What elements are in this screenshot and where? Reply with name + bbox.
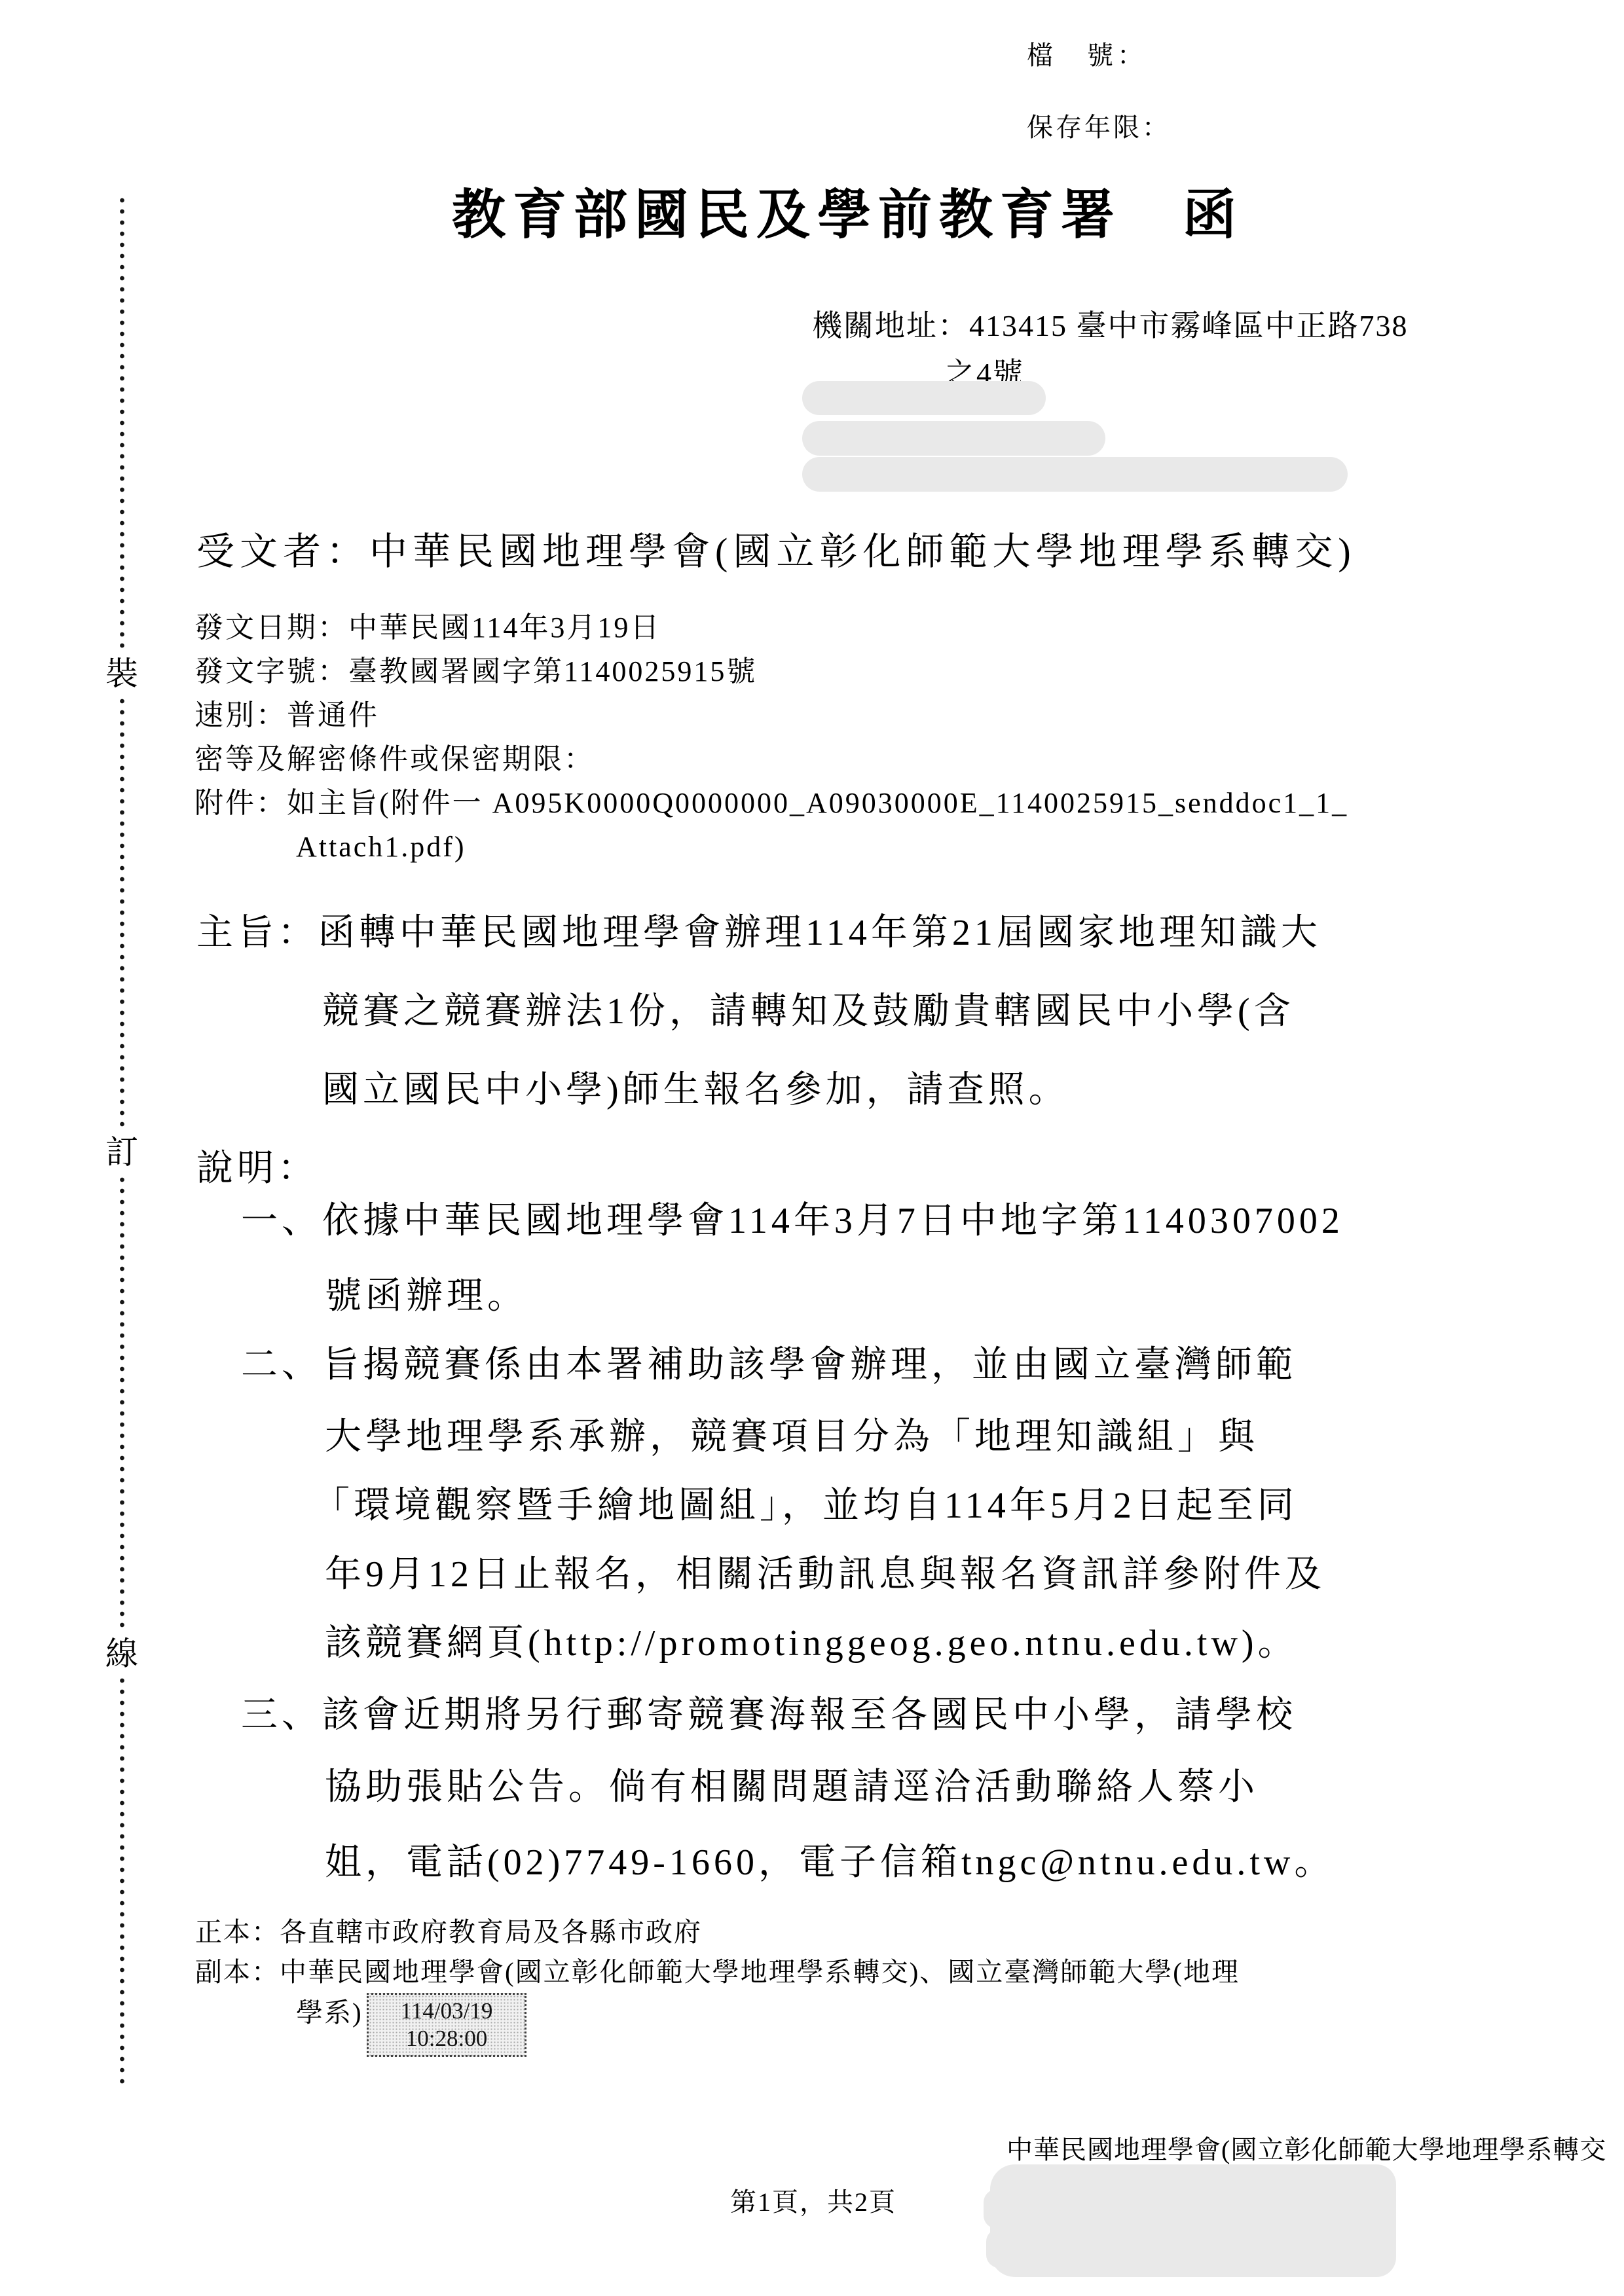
explanation-heading: 說明： [196, 1148, 318, 1190]
cc-copy-line-1: 副本：中華民國地理學會(國立彰化師範大學地理學系轉交)、國立臺灣師範大學(地理 [195, 1957, 1240, 1988]
binding-mark-xian: 線 [103, 1631, 140, 1677]
recipient-line: 受文者：中華民國地理學會(國立彰化師範大學地理學系轉交) [196, 530, 1356, 574]
subject-line-1: 主旨：函轉中華民國地理學會辦理114年第21屆國家地理知識大 [196, 912, 1321, 954]
redacted-text-block [802, 381, 1046, 415]
item-3-line-2: 協助張貼公告。倘有相關問題請逕洽活動聯絡人蔡小 [325, 1766, 1259, 1808]
redacted-footer-block [990, 2164, 1396, 2277]
binding-mark-ding: 訂 [103, 1130, 140, 1176]
doc-number-line: 發文字號：臺教國署國字第1140025915號 [194, 655, 757, 689]
cc-copy-line-2: 學系) [296, 1997, 363, 2028]
stamp-time: 10:28:00 [406, 2025, 487, 2052]
redacted-text-block [802, 457, 1348, 492]
document-title: 教育部國民及學前教育署 函 [452, 185, 1244, 246]
agency-address-line-1: 機關地址：413415 臺中市霧峰區中正路738 [812, 309, 1409, 344]
retention-period-label: 保存年限： [1027, 113, 1171, 143]
redacted-text-block [802, 421, 1105, 456]
item-2-line-2: 大學地理學系承辦，競賽項目分為「地理知識組」與 [325, 1416, 1259, 1458]
subject-line-3: 國立國民中小學)師生報名參加，請查照。 [322, 1069, 1069, 1111]
issue-date-line: 發文日期：中華民國114年3月19日 [194, 611, 661, 645]
electronic-exchange-stamp: 114/03/19 10:28:00 [367, 1993, 526, 2057]
file-number-label: 檔 號： [1027, 41, 1147, 71]
speed-class-line: 速別：普通件 [194, 699, 379, 733]
item-2-line-1: 二、旨揭競賽係由本署補助該學會辦理，並由國立臺灣師範 [241, 1344, 1297, 1386]
item-1-line-2: 號函辦理。 [325, 1275, 528, 1317]
page-number-indicator: 第1頁，共2頁 [730, 2187, 896, 2217]
item-2-line-3: 「環境觀察暨手繪地圖組」，並均自114年5月2日起至同 [313, 1485, 1298, 1527]
item-1-line-1: 一、依據中華民國地理學會114年3月7日中地字第1140307002 [241, 1200, 1344, 1242]
subject-line-2: 競賽之競賽辦法1份，請轉知及鼓勵貴轄國民中小學(含 [322, 991, 1295, 1032]
security-class-line: 密等及解密條件或保密期限： [194, 743, 595, 776]
item-2-line-5-competition-url: 該競賽網頁(http://promotinggeog.geo.ntnu.edu.… [325, 1622, 1299, 1664]
item-3-line-3-contact-info: 姐，電話(02)7749-1660，電子信箱tngc@ntnu.edu.tw。 [325, 1842, 1335, 1884]
attachment-line-2: Attach1.pdf) [296, 831, 466, 864]
official-letter-page: 檔 號： 保存年限： 教育部國民及學前教育署 函 機關地址：413415 臺中市… [0, 0, 1624, 2296]
attachment-line-1: 附件：如主旨(附件一 A095K0000Q0000000_A09030000E_… [194, 787, 1348, 820]
item-2-line-4: 年9月12日止報名，相關活動訊息與報名資訊詳參附件及 [325, 1554, 1325, 1595]
binding-mark-zhuang: 裝 [103, 651, 140, 697]
item-3-line-1: 三、該會近期將另行郵寄競賽海報至各國民中小學，請學校 [241, 1694, 1297, 1736]
original-copy-line: 正本：各直轄市政府教育局及各縣市政府 [195, 1917, 702, 1948]
footer-recipient-reference: 中華民國地理學會(國立彰化師範大學地理學系轉交 [1006, 2135, 1606, 2165]
stamp-date: 114/03/19 [401, 1997, 493, 2025]
